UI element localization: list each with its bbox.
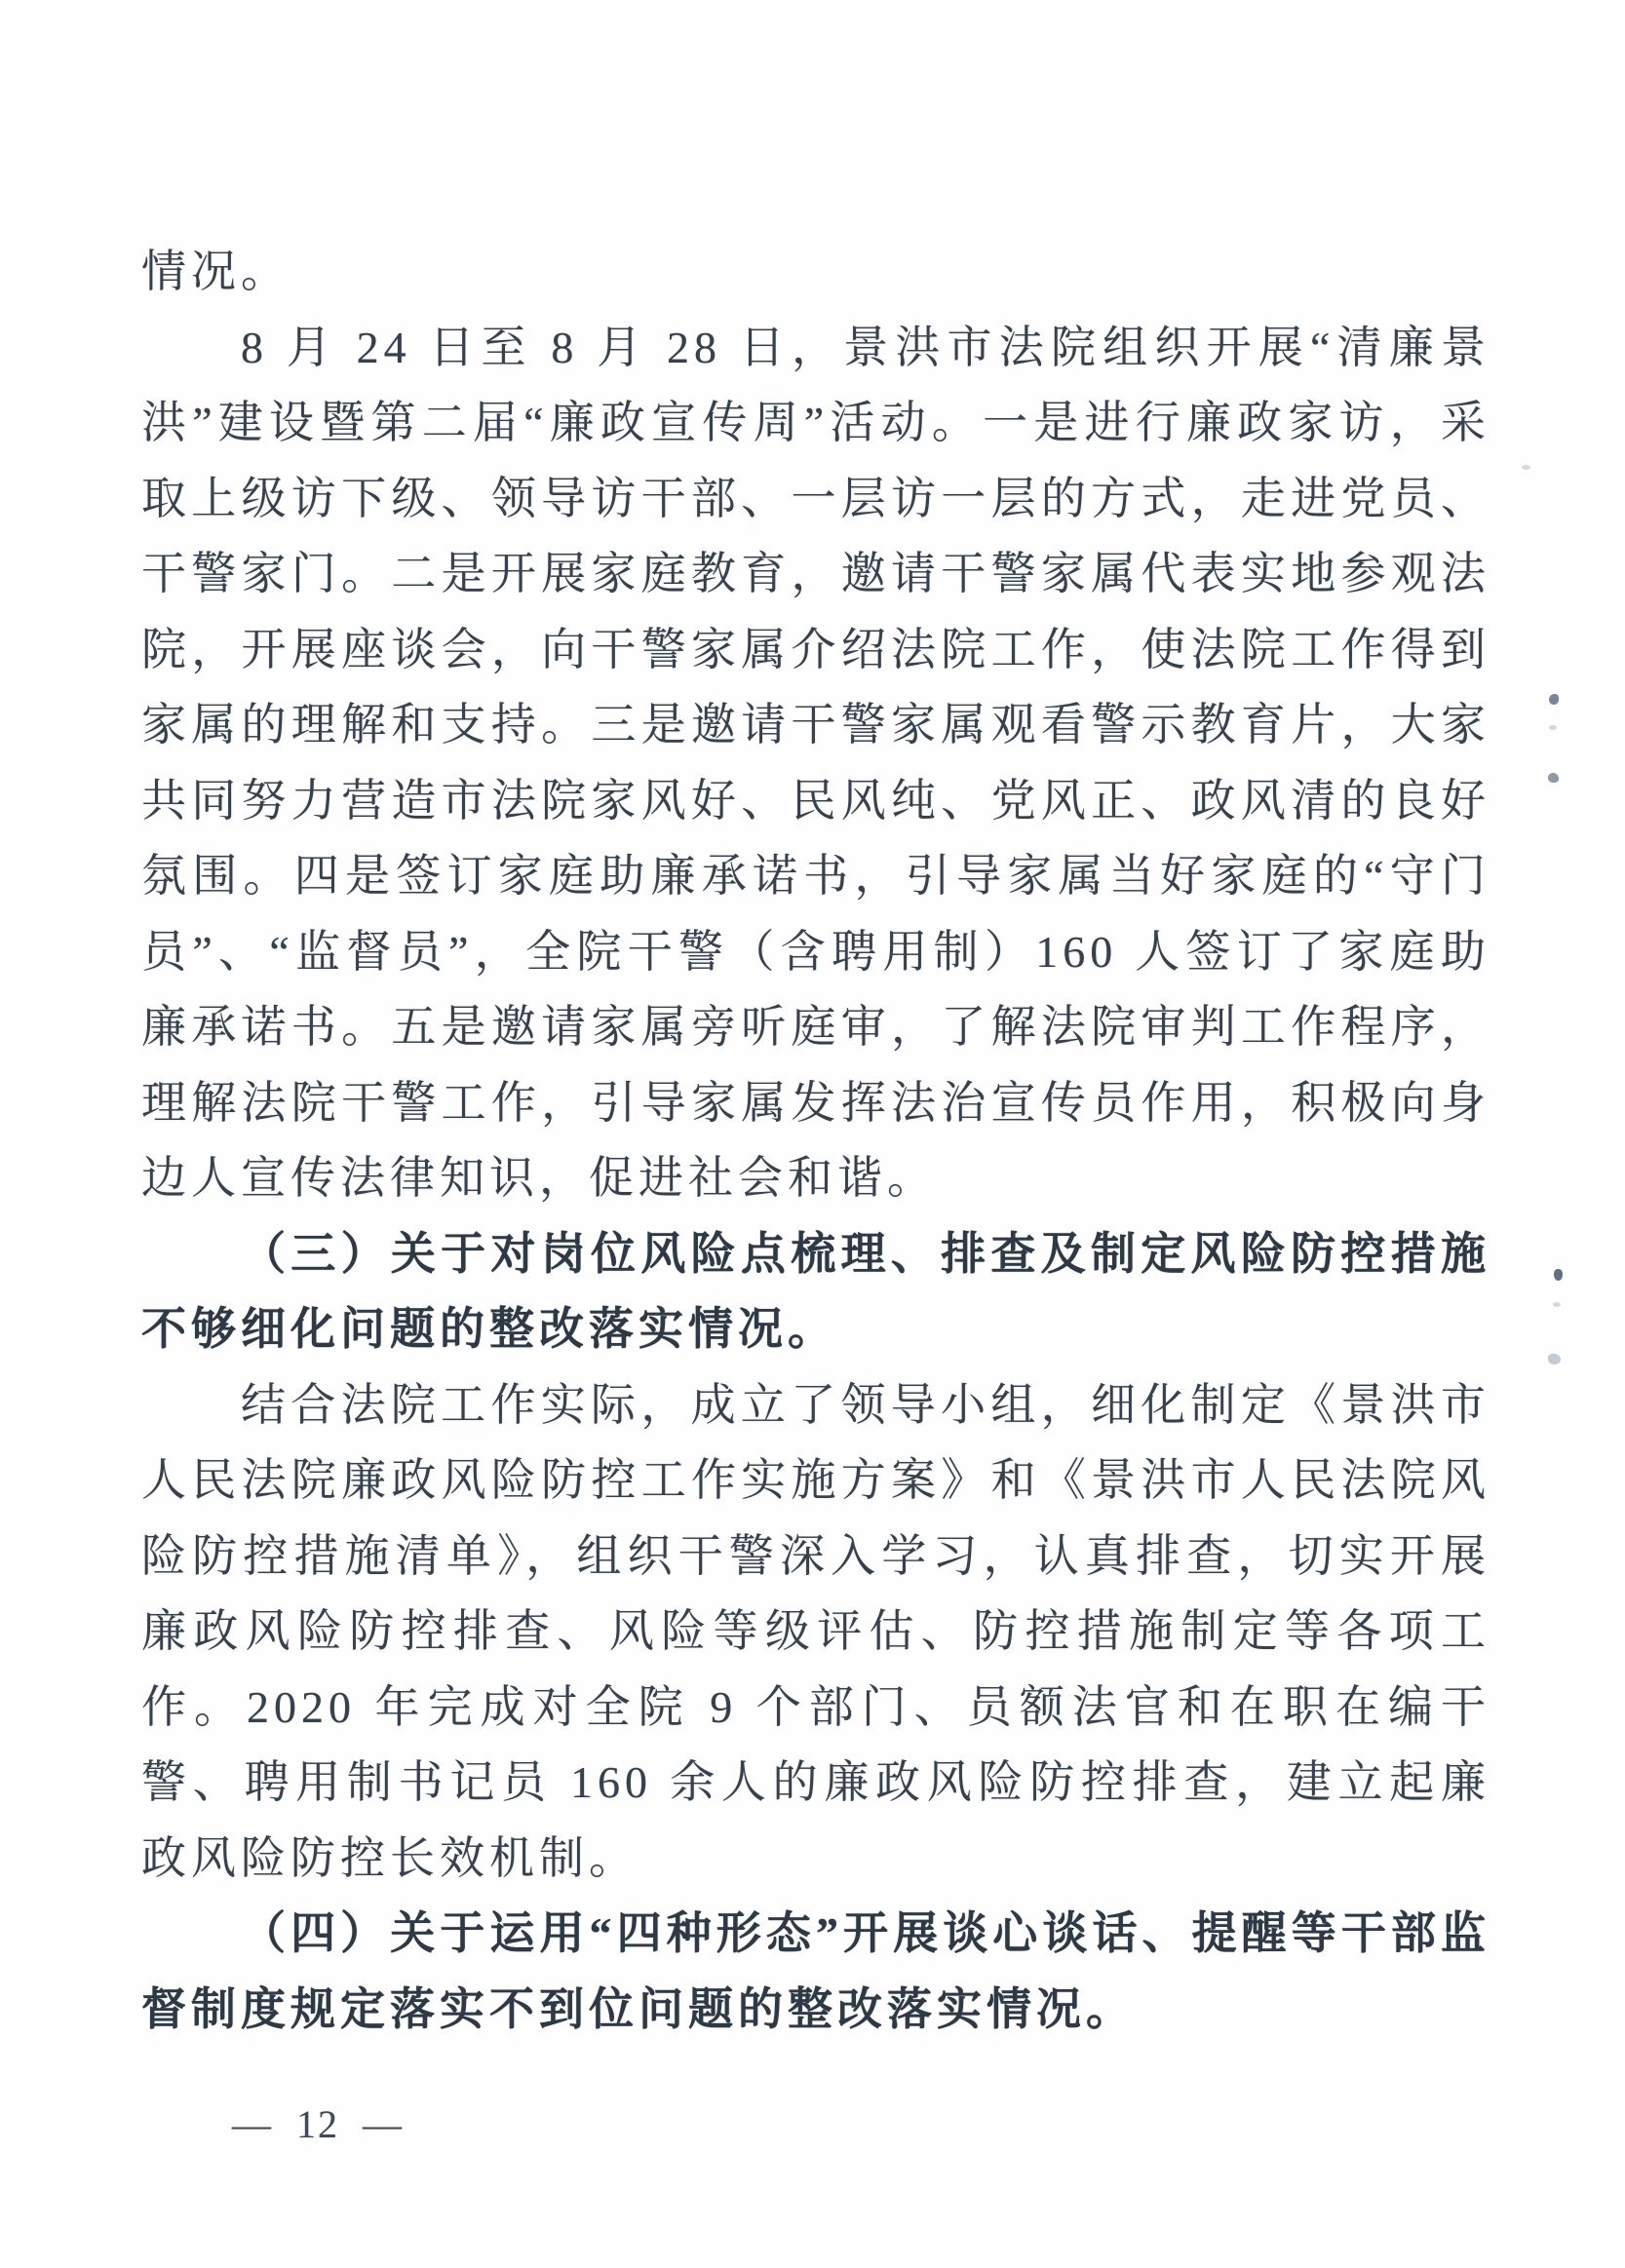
document-page: 情况。8 月 24 日至 8 月 28 日，景洪市法院组织开展“清廉景洪”建设暨…	[0, 0, 1625, 2268]
paragraph: 结合法院工作实际，成立了领导小组，细化制定《景洪市人民法院廉政风险防控工作实施方…	[141, 1367, 1490, 1897]
section-heading: （四）关于运用“四种形态”开展谈心谈话、提醒等干部监督制度规定落实不到位问题的整…	[141, 1896, 1490, 2047]
scan-artifact	[1549, 694, 1559, 705]
document-body: 情况。8 月 24 日至 8 月 28 日，景洪市法院组织开展“清廉景洪”建设暨…	[141, 234, 1490, 2047]
paragraph: 8 月 24 日至 8 月 28 日，景洪市法院组织开展“清廉景洪”建设暨第二届…	[141, 310, 1490, 1216]
section-heading: （三）关于对岗位风险点梳理、排查及制定风险防控措施不够细化问题的整改落实情况。	[141, 1216, 1490, 1367]
paragraph: 情况。	[141, 234, 1490, 310]
scan-artifact	[1549, 725, 1557, 730]
scan-artifact	[1553, 1302, 1561, 1307]
scan-artifact	[1548, 773, 1559, 783]
page-number: — 12 —	[232, 2101, 404, 2147]
scan-artifact	[1548, 1354, 1561, 1365]
scan-artifact	[1522, 465, 1530, 470]
scan-artifact	[1554, 1269, 1563, 1281]
